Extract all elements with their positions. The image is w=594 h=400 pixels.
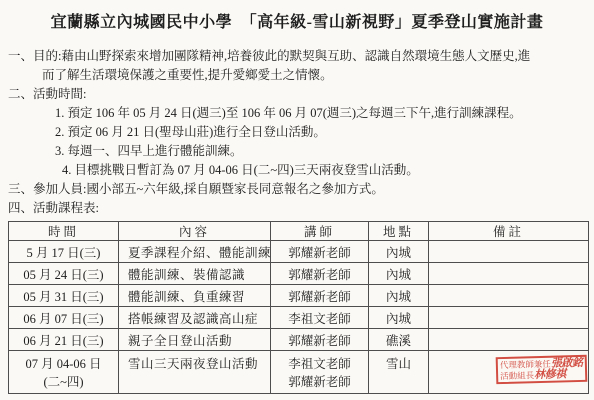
cell-remark	[429, 285, 589, 307]
cell-content: 夏季課程介紹、體能訓練	[119, 241, 271, 263]
cell-lecturer: 李祖文老師 郭耀新老師	[271, 351, 369, 394]
cell-remark	[429, 241, 589, 263]
cell-lecturer: 郭耀新老師	[271, 329, 369, 351]
cell-lecturer: 李祖文老師	[271, 307, 369, 329]
cell-remark	[429, 307, 589, 329]
cell-location: 內城	[369, 263, 429, 285]
purpose-heading-line: 一、目的:藉由山野探索來增加團隊精神,培養彼此的默契與互助、認識自然環境生態人文…	[8, 47, 588, 66]
table-header-row: 時間 內容 講師 地點 備註	[9, 222, 589, 241]
header-content: 內容	[119, 222, 271, 241]
stamp-signature-2: 林修祺	[534, 368, 566, 381]
scanned-document-page: 宜蘭縣立內城國民中小學 「高年級-雪山新視野」夏季登山實施計畫 一、目的:藉由山…	[0, 0, 594, 400]
cell-lecturer-line1: 李祖文老師	[274, 354, 365, 372]
cell-location: 雪山	[369, 351, 429, 394]
cell-content: 搭帳練習及認識高山症	[119, 307, 271, 329]
header-lecturer: 講師	[271, 222, 369, 241]
cell-location: 內城	[369, 307, 429, 329]
document-body: 一、目的:藉由山野探索來增加團隊精神,培養彼此的默契與互助、認識自然環境生態人文…	[8, 47, 588, 218]
document-title: 宜蘭縣立內城國民中小學 「高年級-雪山新視野」夏季登山實施計畫	[0, 0, 594, 32]
stamp-line-2: 活動組長林修祺	[500, 369, 583, 382]
activity-time-item-1: 1. 預定 106 年 05 月 24 日(週三)至 106 年 06 月 07…	[8, 104, 588, 123]
cell-lecturer: 郭耀新老師	[271, 263, 369, 285]
activity-time-item-2: 2. 預定 06 月 21 日(聖母山莊)進行全日登山活動。	[8, 123, 588, 142]
cell-remark	[429, 329, 589, 351]
cell-time: 07 月 04-06 日 (二~四)	[9, 351, 119, 394]
table-row: 05 月 31 日(三) 體能訓練、負重練習 郭耀新老師 內城	[9, 285, 589, 307]
cell-lecturer-line2: 郭耀新老師	[274, 372, 365, 390]
table-row: 06 月 21 日(三) 親子全日登山活動 郭耀新老師 礁溪	[9, 329, 589, 351]
header-remark: 備註	[429, 222, 589, 241]
cell-remark	[429, 263, 589, 285]
cell-time-line1: 07 月 04-06 日	[12, 354, 115, 372]
header-time: 時間	[9, 222, 119, 241]
cell-time: 05 月 24 日(三)	[9, 263, 119, 285]
schedule-heading: 四、活動課程表:	[8, 199, 588, 218]
table-row: 5 月 17 日(三) 夏季課程介紹、體能訓練 郭耀新老師 內城	[9, 241, 589, 263]
header-location: 地點	[369, 222, 429, 241]
purpose-continuation-line: 而了解生活環境保護之重要性,提升愛鄉愛土之情懷。	[8, 66, 588, 85]
activity-time-heading: 二、活動時間:	[8, 85, 588, 104]
cell-content: 雪山三天兩夜登山活動	[119, 351, 271, 394]
participants-line: 三、參加人員:國小部五~六年級,採自願暨家長同意報名之參加方式。	[8, 180, 588, 199]
cell-lecturer: 郭耀新老師	[271, 285, 369, 307]
cell-content: 親子全日登山活動	[119, 329, 271, 351]
cell-content: 體能訓練、裝備認識	[119, 263, 271, 285]
red-approval-stamp: 代理教師兼任張啟銘 活動組長林修祺	[496, 355, 587, 384]
table-row: 05 月 24 日(三) 體能訓練、裝備認識 郭耀新老師 內城	[9, 263, 589, 285]
cell-location: 內城	[369, 285, 429, 307]
cell-time-line2: (二~四)	[12, 372, 115, 390]
cell-time: 06 月 21 日(三)	[9, 329, 119, 351]
cell-location: 內城	[369, 241, 429, 263]
cell-time: 05 月 31 日(三)	[9, 285, 119, 307]
cell-content: 體能訓練、負重練習	[119, 285, 271, 307]
activity-time-item-4: 4. 目標挑戰日暫訂為 07 月 04-06 日(二~四)三天兩夜登雪山活動。	[8, 161, 588, 180]
table-row: 06 月 07 日(三) 搭帳練習及認識高山症 李祖文老師 內城	[9, 307, 589, 329]
cell-time: 06 月 07 日(三)	[9, 307, 119, 329]
cell-lecturer: 郭耀新老師	[271, 241, 369, 263]
stamp-role-2: 活動組長	[500, 370, 534, 381]
activity-time-item-3: 3. 每週一、四早上進行體能訓練。	[8, 142, 588, 161]
cell-time: 5 月 17 日(三)	[9, 241, 119, 263]
cell-location: 礁溪	[369, 329, 429, 351]
